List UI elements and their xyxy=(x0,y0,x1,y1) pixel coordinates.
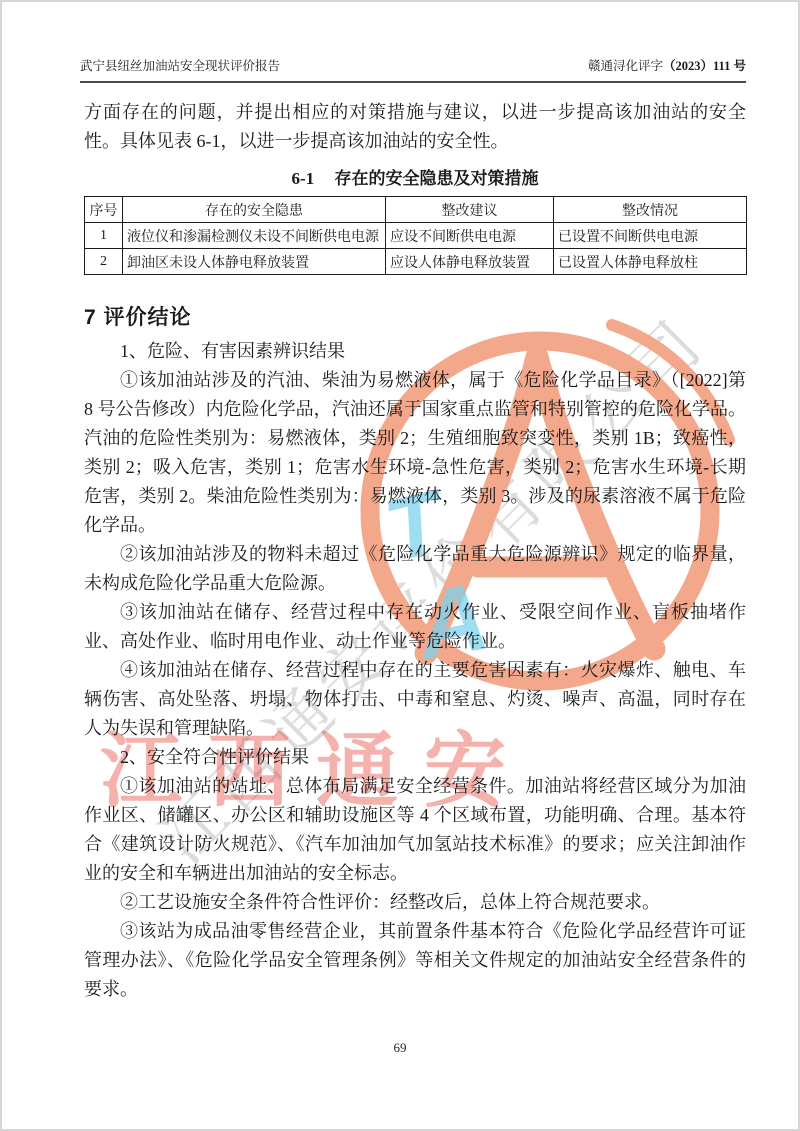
section-heading: 7 评价结论 xyxy=(84,303,746,333)
cell-status: 已设置人体静电释放柱 xyxy=(554,249,747,275)
body-paragraph: ③该站为成品油零售经营企业，其前置条件基本符合《危险化学品经营许可证管理办法》、… xyxy=(84,917,746,1004)
table-header-cell: 整改情况 xyxy=(554,197,747,223)
table-caption-number: 6-1 xyxy=(292,169,315,188)
doc-number-prefix: 赣通浔化评字 xyxy=(588,59,663,73)
table-header-cell: 整改建议 xyxy=(386,197,554,223)
body-paragraph: ②该加油站涉及的物料未超过《危险化学品重大危险源辨识》规定的临界量，未构成危险化… xyxy=(84,540,746,598)
body-paragraph: 2、安全符合性评价结果 xyxy=(84,743,746,772)
cell-hazard: 液位仪和渗漏检测仪未设不间断供电电源 xyxy=(123,223,386,249)
body-paragraph: ④该加油站在储存、经营过程中存在的主要危害因素有：火灾爆炸、触电、车辆伤害、高处… xyxy=(84,656,746,743)
table-body: 1 液位仪和渗漏检测仪未设不间断供电电源 应设不间断供电电源 已设置不间断供电电… xyxy=(85,223,747,275)
cell-hazard: 卸油区未设人体静电释放装置 xyxy=(123,249,386,275)
body-paragraph: 1、危险、有害因素辨识结果 xyxy=(84,337,746,366)
cell-status: 已设置不间断供电电源 xyxy=(554,223,747,249)
cell-suggestion: 应设不间断供电电源 xyxy=(386,223,554,249)
report-page: 江西通安评价有限公司 T A 江西通安 武宁县纽丝加油站安全现状评价报告 赣通浔… xyxy=(0,0,800,1131)
cell-index: 1 xyxy=(85,223,123,249)
table-caption: 6-1 存在的安全隐患及对策措施 xyxy=(84,166,746,192)
table-row: 2 卸油区未设人体静电释放装置 应设人体静电释放装置 已设置人体静电释放柱 xyxy=(85,249,747,275)
cell-index: 2 xyxy=(85,249,123,275)
page-number: 69 xyxy=(0,1040,800,1056)
table-header-cell: 存在的安全隐患 xyxy=(123,197,386,223)
table-caption-title: 存在的安全隐患及对策措施 xyxy=(334,169,538,188)
body-block: 方面存在的问题，并提出相应的对策措施与建议，以进一步提高该加油站的安全性。具体见… xyxy=(84,98,746,1004)
header-report-title: 武宁县纽丝加油站安全现状评价报告 xyxy=(80,56,280,74)
intro-paragraph: 方面存在的问题，并提出相应的对策措施与建议，以进一步提高该加油站的安全性。具体见… xyxy=(84,98,746,156)
body-paragraph: ①该加油站涉及的汽油、柴油为易燃液体，属于《危险化学品目录》（[2022]第 8… xyxy=(84,366,746,540)
body-paragraph: ①该加油站的站址、总体布局满足安全经营条件。加油站将经营区域分为加油作业区、储罐… xyxy=(84,772,746,888)
table-header-row: 序号存在的安全隐患整改建议整改情况 xyxy=(85,197,747,223)
table-header-cell: 序号 xyxy=(85,197,123,223)
header-doc-number: 赣通浔化评字（2023）111 号 xyxy=(588,56,746,74)
doc-number-bold: （2023）111 号 xyxy=(663,59,746,73)
conclusion-paragraphs: 1、危险、有害因素辨识结果①该加油站涉及的汽油、柴油为易燃液体，属于《危险化学品… xyxy=(84,337,746,1004)
body-paragraph: ③该加油站在储存、经营过程中存在动火作业、受限空间作业、盲板抽堵作业、高处作业、… xyxy=(84,598,746,656)
hazard-table: 序号存在的安全隐患整改建议整改情况 1 液位仪和渗漏检测仪未设不间断供电电源 应… xyxy=(84,196,747,275)
table-row: 1 液位仪和渗漏检测仪未设不间断供电电源 应设不间断供电电源 已设置不间断供电电… xyxy=(85,223,747,249)
content-layer: 武宁县纽丝加油站安全现状评价报告 赣通浔化评字（2023）111 号 方面存在的… xyxy=(0,0,800,1131)
page-header: 武宁县纽丝加油站安全现状评价报告 赣通浔化评字（2023）111 号 xyxy=(80,56,746,83)
cell-suggestion: 应设人体静电释放装置 xyxy=(386,249,554,275)
body-paragraph: ②工艺设施安全条件符合性评价：经整改后，总体上符合规范要求。 xyxy=(84,888,746,917)
